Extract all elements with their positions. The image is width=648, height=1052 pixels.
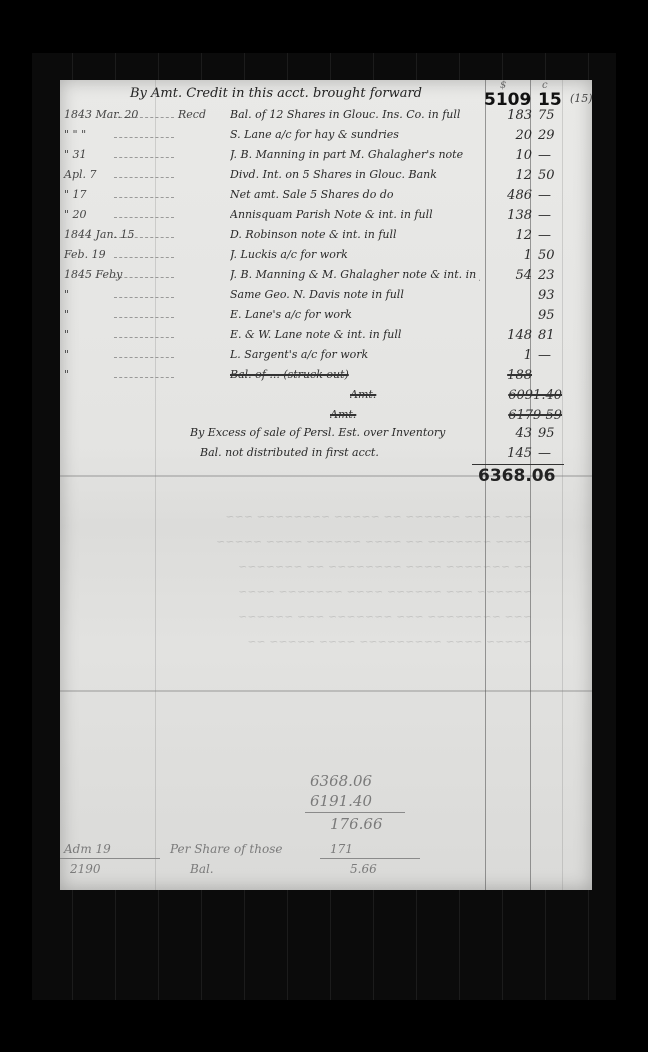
pencil-margin-note: Adm 19 (64, 842, 111, 856)
section-label: Amt. (330, 408, 390, 421)
entry-date: Apl. 7 (64, 168, 164, 181)
entry-cents: 93 (538, 288, 560, 303)
entry-date: 1844 Jan. 15 (64, 228, 164, 241)
entry-description: Same Geo. N. Davis note in full (230, 288, 480, 301)
entry-description: Net amt. Sale 5 Shares do do (230, 188, 480, 201)
bleed-through-text: ~~~~~~ ~~~ ~~~~~~ ~~~~ ~~~~~~~ ~~~~ (130, 585, 532, 598)
entry-description: J. Luckis a/c for work (230, 248, 480, 261)
entry-dollars: 1 (480, 348, 532, 363)
entry-description: D. Robinson note & int. in full (230, 228, 480, 241)
struck-total: 6179 59 (472, 408, 562, 423)
ledger-entry: Feb. 19 J. Luckis a/c for work 1 50 (60, 248, 592, 266)
entry-date: 1845 Feby (64, 268, 164, 281)
total-rule (472, 464, 564, 465)
entry-date: 1843 Mar. 20 (64, 108, 164, 121)
entry-description: Bal. of 12 Shares in Glouc. Ins. Co. in … (230, 108, 480, 121)
grand-total: 6368.06 (478, 466, 555, 486)
entry-description: Bal. of ... (struck out) (230, 368, 480, 381)
ledger-entry: " " " S. Lane a/c for hay & sundries 20 … (60, 128, 592, 146)
entry-cents: 50 (538, 248, 560, 263)
entry-cents: — (538, 446, 560, 461)
pencil-rule (305, 812, 405, 813)
entry-cents: 75 (538, 108, 560, 123)
struck-subtotal: Amt. 6091.40 (60, 388, 592, 406)
fold-line (60, 690, 592, 692)
pencil-margin-number: 2190 (70, 862, 101, 876)
ledger-entry: Apl. 7 Divd. Int. on 5 Shares in Glouc. … (60, 168, 592, 186)
entry-cents: 50 (538, 168, 560, 183)
entry-dollars: 54 (480, 268, 532, 283)
ledger-entry: " 20 Annisquam Parish Note & int. in ful… (60, 208, 592, 226)
entry-dollars: 145 (480, 446, 532, 461)
entry-dollars: 138 (480, 208, 532, 223)
entry-description: Annisquam Parish Note & int. in full (230, 208, 480, 221)
pencil-rule (320, 858, 420, 859)
entry-description: J. B. Manning in part M. Ghalagher's not… (230, 148, 480, 161)
entry-cents: 95 (538, 308, 560, 323)
entry-description: Bal. not distributed in first acct. (200, 446, 480, 459)
pencil-sub-description: Per Share of those (170, 842, 282, 856)
forward-dollars: 5109 (484, 90, 531, 110)
entry-description: S. Lane a/c for hay & sundries (230, 128, 480, 141)
pencil-difference: 176.66 (330, 815, 383, 833)
entry-cents: — (538, 188, 560, 203)
entry-dollars: 183 (480, 108, 532, 123)
subtotal-label: Amt. (350, 388, 430, 401)
bleed-through-text: ~~~~~ ~~~~ ~~~~~~~~~ ~~~~ ~~~~~ ~~ (130, 635, 532, 648)
forward-cents: 15 (538, 90, 562, 110)
entry-cents: — (538, 148, 560, 163)
entry-date: Feb. 19 (64, 248, 164, 261)
entry-date: " 20 (64, 208, 164, 221)
section-heading-row: Amt. 6179 59 (60, 408, 592, 426)
pencil-sum-line2: 6191.40 (310, 792, 372, 810)
entry-date: " (64, 288, 164, 301)
entry-description: L. Sargent's a/c for work (230, 348, 480, 361)
entry-cents: 95 (538, 426, 560, 441)
ledger-entry: " Same Geo. N. Davis note in full 93 (60, 288, 592, 306)
entry-dollars: 486 (480, 188, 532, 203)
entry-description: E. Lane's a/c for work (230, 308, 480, 321)
ledger-page: $ c By Amt. Credit in this acct. brought… (60, 80, 592, 890)
page-number: (15) (570, 92, 593, 105)
ledger-entry: " E. Lane's a/c for work 95 (60, 308, 592, 326)
entry-cents: 23 (538, 268, 560, 283)
entry-description: By Excess of sale of Persl. Est. over In… (190, 426, 480, 439)
entry-dollars: 188 (480, 368, 532, 383)
ledger-entry: " L. Sargent's a/c for work 1 — (60, 348, 592, 366)
ledger-entry-struck: " Bal. of ... (struck out) 188 (60, 368, 592, 386)
entry-dollars: 20 (480, 128, 532, 143)
bleed-through-text: ~~~ ~~~~ ~~~~~~ ~~ ~~~~~ ~~~~~~~~ ~~~ (130, 510, 532, 523)
entry-cents: — (538, 208, 560, 223)
ledger-entry: " E. & W. Lane note & int. in full 148 8… (60, 328, 592, 346)
subtotal-value: 6091.40 (472, 388, 562, 403)
entry-cents: — (538, 348, 560, 363)
ledger-entry: " 17 Net amt. Sale 5 Shares do do 486 — (60, 188, 592, 206)
closing-entry: By Excess of sale of Persl. Est. over In… (60, 426, 592, 444)
entry-dollars: 148 (480, 328, 532, 343)
entry-dollars: 1 (480, 248, 532, 263)
entry-dollars: 12 (480, 168, 532, 183)
ledger-entry: 1844 Jan. 15 D. Robinson note & int. in … (60, 228, 592, 246)
ledger-entry: " 31 J. B. Manning in part M. Ghalagher'… (60, 148, 592, 166)
bleed-through-text: ~~ ~~~~~~~ ~~~~ ~~~~~~~~ ~~ ~~~~~~~ (130, 560, 532, 573)
entry-cents: 29 (538, 128, 560, 143)
pencil-balance-value: 5.66 (350, 862, 377, 876)
entry-description: E. & W. Lane note & int. in full (230, 328, 480, 341)
closing-entry: Bal. not distributed in first acct. 145 … (60, 446, 592, 464)
entry-description: J. B. Manning & M. Ghalagher note & int.… (230, 268, 480, 281)
entry-date: " (64, 328, 164, 341)
entry-dollars: 10 (480, 148, 532, 163)
pencil-rule (60, 858, 160, 859)
ledger-entry: 1843 Mar. 20 Recd Bal. of 12 Shares in G… (60, 108, 592, 126)
pencil-sub-value: 171 (330, 842, 353, 856)
entry-date: " (64, 348, 164, 361)
ledger-entry: 1845 Feby J. B. Manning & M. Ghalagher n… (60, 268, 592, 286)
entry-dollars: 43 (480, 426, 532, 441)
ledger-heading: By Amt. Credit in this acct. brought for… (130, 86, 422, 101)
bleed-through-text: ~~~~ ~~~~~~~ ~~ ~~~~ ~~~~~~ ~~~~ ~~~~~ (130, 535, 532, 548)
pencil-sum-line1: 6368.06 (310, 772, 372, 790)
bleed-through-text: ~~~ ~~~~~~~~ ~~~ ~~~~~~~ ~~~ ~~~~~~ (130, 610, 532, 623)
entry-date: " (64, 368, 164, 381)
entry-date: " " " (64, 128, 164, 141)
pencil-balance-label: Bal. (190, 862, 214, 876)
entry-dollars: 12 (480, 228, 532, 243)
entry-recd: Recd (178, 108, 206, 121)
entry-date: " (64, 308, 164, 321)
entry-cents: 81 (538, 328, 560, 343)
entry-description: Divd. Int. on 5 Shares in Glouc. Bank (230, 168, 480, 181)
entry-date: " 31 (64, 148, 164, 161)
entry-date: " 17 (64, 188, 164, 201)
entry-cents: — (538, 228, 560, 243)
